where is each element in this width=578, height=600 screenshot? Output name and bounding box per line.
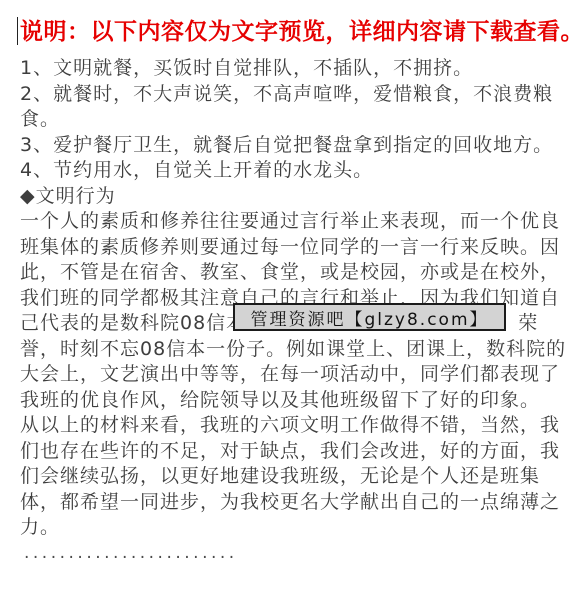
document-preview-page: 说明：以下内容仅为文字预览，详细内容请下载查看。 1、文明就餐，买饭时自觉排队，… <box>0 0 578 600</box>
text-line: 一个人的素质和修养往往要通过言行举止来表现，而一个优良 <box>20 209 560 235</box>
text-line: 从以上的材料来看，我班的六项文明工作做得不错，当然，我 <box>20 413 560 439</box>
text-line: 大会上，文艺演出中等等，在每一项活动中，同学们都表现了 <box>20 362 560 388</box>
preview-content: 说明：以下内容仅为文字预览，详细内容请下载查看。 1、文明就餐，买饭时自觉排队，… <box>20 16 560 566</box>
text-after-watermark: 荣 <box>518 312 538 334</box>
text-line: 体，都希望一同进步，为我校更名大学献出自己的一点绵薄之 <box>20 490 560 516</box>
text-before-watermark: 己代表的是数科院08信本 <box>20 312 246 334</box>
text-line: 力。 <box>20 515 560 541</box>
text-line: 此，不管是在宿舍、教室、食堂，或是校园，亦或是在校外， <box>20 260 560 286</box>
section-heading: ◆文明行为 <box>20 184 560 210</box>
text-line: 们会继续弘扬，以更好地建设我班级，无论是个人还是班集 <box>20 464 560 490</box>
text-line: 誉，时刻不忘08信本一份子。例如课堂上、团课上，数科院的 <box>20 337 560 363</box>
truncation-dots: ........................ <box>24 541 560 567</box>
preview-notice: 说明：以下内容仅为文字预览，详细内容请下载查看。 <box>20 16 560 48</box>
text-line: 1、文明就餐，买饭时自觉排队，不插队，不拥挤。 <box>20 56 560 82</box>
text-cursor <box>17 17 18 45</box>
text-line: 3、爱护餐厅卫生，就餐后自觉把餐盘拿到指定的回收地方。 <box>20 133 560 159</box>
text-line: 们也存在些许的不足，对于缺点，我们会改进，好的方面，我 <box>20 439 560 465</box>
text-line: 我班的优良作风，给院领导以及其他班级留下了好的印象。 <box>20 388 560 414</box>
text-line: 2、就餐时，不大声说笑，不高声喧哗，爱惜粮食，不浪费粮 <box>20 82 560 108</box>
text-line: 班集体的素质修养则要通过每一位同学的一言一行来反映。因 <box>20 235 560 261</box>
text-line: 食。 <box>20 107 560 133</box>
text-line: 4、节约用水，自觉关上开着的水龙头。 <box>20 158 560 184</box>
site-watermark-badge: 管理资源吧【glzy8.com】 <box>233 303 506 331</box>
